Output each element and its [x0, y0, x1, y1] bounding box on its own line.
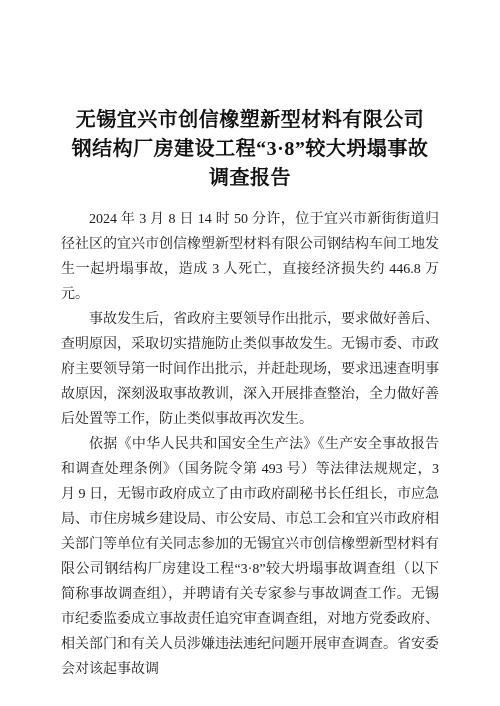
document-title: 无锡宜兴市创信橡塑新型材料有限公司 钢结构厂房建设工程“3·8”较大坍塌事故 调… [0, 0, 500, 193]
page-number: — 1 — [0, 636, 500, 648]
paragraph-incident-summary: 2024 年 3 月 8 日 14 时 50 分许，位于宜兴市新街街道归径社区的… [61, 207, 439, 307]
document-page: 无锡宜兴市创信橡塑新型材料有限公司 钢结构厂房建设工程“3·8”较大坍塌事故 调… [0, 0, 500, 706]
title-line-1: 无锡宜兴市创信橡塑新型材料有限公司 [0, 106, 500, 135]
title-line-2: 钢结构厂房建设工程“3·8”较大坍塌事故 [0, 135, 500, 164]
title-line-3: 调查报告 [0, 164, 500, 193]
paragraph-leadership-response: 事故发生后，省政府主要领导作出批示，要求做好善后、查明原因，采取切实措施防止类似… [61, 307, 439, 432]
document-body: 2024 年 3 月 8 日 14 时 50 分许，位于宜兴市新街街道归径社区的… [61, 207, 439, 682]
